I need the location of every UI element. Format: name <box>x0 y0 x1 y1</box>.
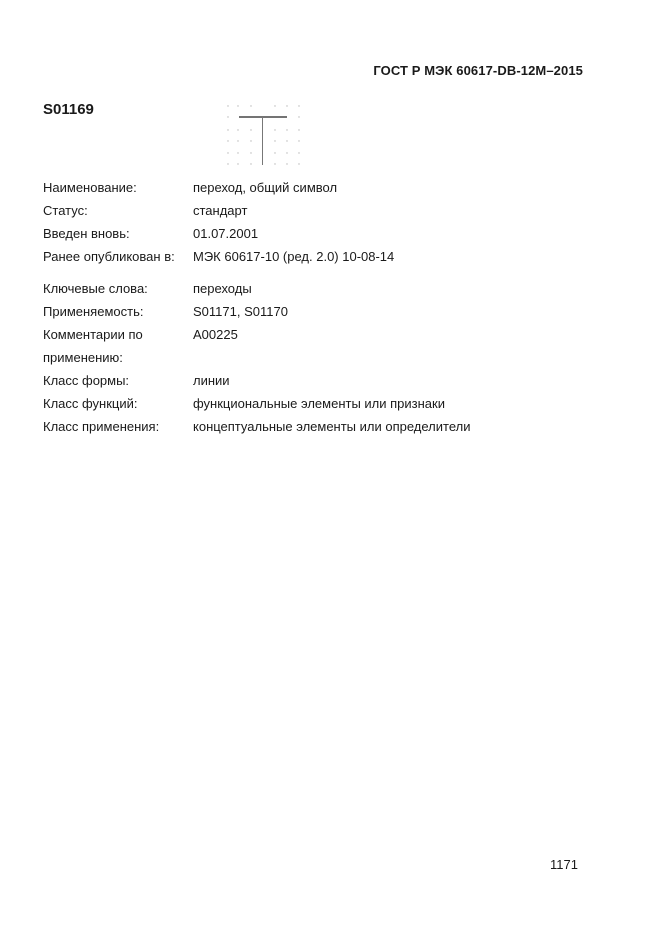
field-value: стандарт <box>193 201 247 220</box>
field-label: применению: <box>43 348 123 367</box>
standard-header: ГОСТ Р МЭК 60617-DB-12M–2015 <box>373 63 583 78</box>
symbol-code: S01169 <box>43 101 94 118</box>
field-label: Статус: <box>43 201 88 220</box>
field-value: переходы <box>193 279 252 298</box>
field-label: Комментарии по <box>43 325 143 344</box>
field-label: Наименование: <box>43 178 137 197</box>
field-value: S01171, S01170 <box>193 302 288 321</box>
field-label: Введен вновь: <box>43 224 130 243</box>
page-number: 1171 <box>550 857 578 872</box>
field-label: Применяемость: <box>43 302 143 321</box>
field-label: Класс применения: <box>43 417 159 436</box>
field-value: концептуальные элементы или определители <box>193 417 471 436</box>
field-value: линии <box>193 371 230 390</box>
field-value: МЭК 60617-10 (ред. 2.0) 10-08-14 <box>193 247 394 266</box>
field-label: Класс формы: <box>43 371 129 390</box>
field-label: Ранее опубликован в: <box>43 247 175 266</box>
t-junction-symbol-icon <box>222 100 306 170</box>
field-label: Класс функций: <box>43 394 138 413</box>
field-label: Ключевые слова: <box>43 279 148 298</box>
field-value: 01.07.2001 <box>193 224 258 243</box>
field-value: переход, общий символ <box>193 178 337 197</box>
field-value: функциональные элементы или признаки <box>193 394 445 413</box>
field-value: A00225 <box>193 325 238 344</box>
